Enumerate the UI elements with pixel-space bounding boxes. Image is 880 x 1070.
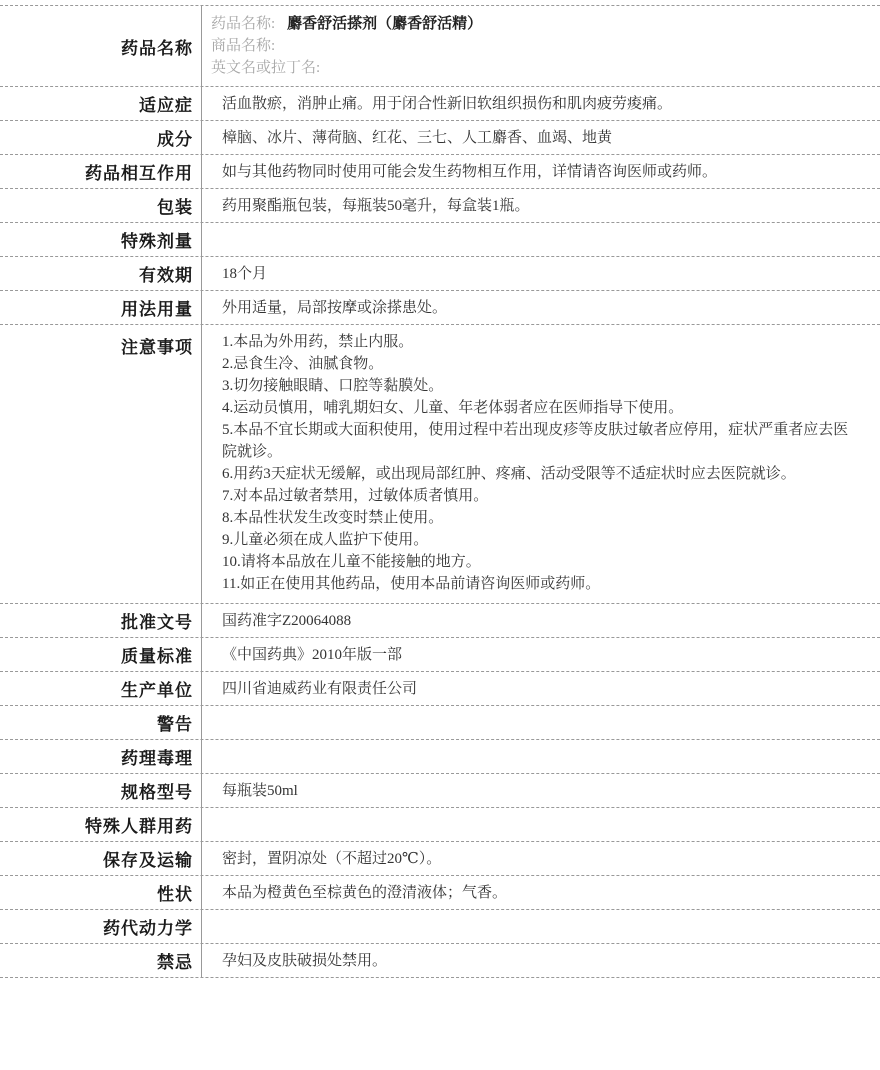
drug-name-line: 商品名称: — [211, 35, 858, 57]
row-content-ingredients: 樟脑、冰片、薄荷脑、红花、三七、人工麝香、血竭、地黄 — [202, 121, 880, 154]
table-row-quality-standard: 质量标准《中国药典》2010年版一部 — [0, 638, 880, 672]
row-content-pharmacology-toxicology — [202, 740, 880, 773]
precaution-item: 6.用药3天症状无缓解，或出现局部红肿、疼痛、活动受限等不适症状时应去医院就诊。 — [222, 463, 858, 485]
precaution-item: 3.切勿接触眼睛、口腔等黏膜处。 — [222, 375, 858, 397]
precaution-item: 4.运动员慎用，哺乳期妇女、儿童、年老体弱者应在医师指导下使用。 — [222, 397, 858, 419]
row-content-warning — [202, 706, 880, 739]
row-label-storage-transport: 保存及运输 — [0, 842, 202, 875]
row-label-special-dosage: 特殊剂量 — [0, 223, 202, 256]
table-row-properties: 性状本品为橙黄色至棕黄色的澄清液体；气香。 — [0, 876, 880, 910]
table-row-warning: 警告 — [0, 706, 880, 740]
row-label-special-populations: 特殊人群用药 — [0, 808, 202, 841]
table-row-specification: 规格型号每瓶装50ml — [0, 774, 880, 808]
table-row-pharmacokinetics: 药代动力学 — [0, 910, 880, 944]
precaution-item: 1.本品为外用药，禁止内服。 — [222, 331, 858, 353]
row-label-pharmacology-toxicology: 药理毒理 — [0, 740, 202, 773]
row-content-contraindications: 孕妇及皮肤破损处禁用。 — [202, 944, 880, 977]
row-text: 18个月 — [222, 263, 858, 285]
row-label-manufacturer: 生产单位 — [0, 672, 202, 705]
row-text: 如与其他药物同时使用可能会发生药物相互作用，详情请咨询医师或药师。 — [222, 161, 858, 183]
row-text: 樟脑、冰片、薄荷脑、红花、三七、人工麝香、血竭、地黄 — [222, 127, 858, 149]
row-content-drug-name: 药品名称:麝香舒活搽剂（麝香舒活精）商品名称:英文名或拉丁名: — [202, 6, 880, 86]
row-text: 外用适量，局部按摩或涂搽患处。 — [222, 297, 858, 319]
row-content-special-populations — [202, 808, 880, 841]
row-text: 四川省迪威药业有限责任公司 — [222, 678, 858, 700]
row-label-pharmacokinetics: 药代动力学 — [0, 910, 202, 943]
precaution-item: 2.忌食生冷、油腻食物。 — [222, 353, 858, 375]
precaution-item: 10.请将本品放在儿童不能接触的地方。 — [222, 551, 858, 573]
row-label-specification: 规格型号 — [0, 774, 202, 807]
drug-info-table: 药品名称药品名称:麝香舒活搽剂（麝香舒活精）商品名称:英文名或拉丁名:适应症活血… — [0, 5, 880, 978]
table-row-pharmacology-toxicology: 药理毒理 — [0, 740, 880, 774]
row-text: 活血散瘀，消肿止痛。用于闭合性新旧软组织损伤和肌肉疲劳痠痛。 — [222, 93, 858, 115]
row-text: 孕妇及皮肤破损处禁用。 — [222, 950, 858, 972]
row-label-packaging: 包装 — [0, 189, 202, 222]
row-label-drug-interactions: 药品相互作用 — [0, 155, 202, 188]
row-label-precautions: 注意事项 — [0, 325, 202, 603]
row-content-pharmacokinetics — [202, 910, 880, 943]
row-label-contraindications: 禁忌 — [0, 944, 202, 977]
table-row-ingredients: 成分樟脑、冰片、薄荷脑、红花、三七、人工麝香、血竭、地黄 — [0, 121, 880, 155]
row-label-shelf-life: 有效期 — [0, 257, 202, 290]
row-text: 《中国药典》2010年版一部 — [222, 644, 858, 666]
row-label-indications: 适应症 — [0, 87, 202, 120]
table-row-special-populations: 特殊人群用药 — [0, 808, 880, 842]
row-text: 药用聚酯瓶包装，每瓶装50毫升，每盒装1瓶。 — [222, 195, 858, 217]
row-content-quality-standard: 《中国药典》2010年版一部 — [202, 638, 880, 671]
precaution-item: 5.本品不宜长期或大面积使用，使用过程中若出现皮疹等皮肤过敏者应停用，症状严重者… — [222, 419, 858, 463]
row-content-approval-number: 国药准字Z20064088 — [202, 604, 880, 637]
row-content-special-dosage — [202, 223, 880, 256]
row-text: 每瓶装50ml — [222, 780, 858, 802]
row-label-quality-standard: 质量标准 — [0, 638, 202, 671]
precaution-item: 11.如正在使用其他药品，使用本品前请咨询医师或药师。 — [222, 573, 858, 595]
table-row-contraindications: 禁忌孕妇及皮肤破损处禁用。 — [0, 944, 880, 978]
precaution-item: 8.本品性状发生改变时禁止使用。 — [222, 507, 858, 529]
row-content-precautions: 1.本品为外用药，禁止内服。2.忌食生冷、油腻食物。3.切勿接触眼睛、口腔等黏膜… — [202, 325, 880, 603]
row-content-packaging: 药用聚酯瓶包装，每瓶装50毫升，每盒装1瓶。 — [202, 189, 880, 222]
row-content-specification: 每瓶装50ml — [202, 774, 880, 807]
field-value: 麝香舒活搽剂（麝香舒活精） — [287, 16, 482, 32]
table-row-drug-interactions: 药品相互作用如与其他药物同时使用可能会发生药物相互作用，详情请咨询医师或药师。 — [0, 155, 880, 189]
table-row-approval-number: 批准文号国药准字Z20064088 — [0, 604, 880, 638]
precaution-item: 7.对本品过敏者禁用，过敏体质者慎用。 — [222, 485, 858, 507]
table-row-shelf-life: 有效期18个月 — [0, 257, 880, 291]
table-row-special-dosage: 特殊剂量 — [0, 223, 880, 257]
row-label-dosage-usage: 用法用量 — [0, 291, 202, 324]
table-row-indications: 适应症活血散瘀，消肿止痛。用于闭合性新旧软组织损伤和肌肉疲劳痠痛。 — [0, 87, 880, 121]
row-label-properties: 性状 — [0, 876, 202, 909]
field-label: 英文名或拉丁名: — [211, 60, 320, 76]
row-label-ingredients: 成分 — [0, 121, 202, 154]
row-content-shelf-life: 18个月 — [202, 257, 880, 290]
row-text: 国药准字Z20064088 — [222, 610, 858, 632]
table-row-manufacturer: 生产单位四川省迪威药业有限责任公司 — [0, 672, 880, 706]
table-row-packaging: 包装药用聚酯瓶包装，每瓶装50毫升，每盒装1瓶。 — [0, 189, 880, 223]
row-content-dosage-usage: 外用适量，局部按摩或涂搽患处。 — [202, 291, 880, 324]
row-content-storage-transport: 密封，置阴凉处（不超过20℃）。 — [202, 842, 880, 875]
table-row-drug-name: 药品名称药品名称:麝香舒活搽剂（麝香舒活精）商品名称:英文名或拉丁名: — [0, 6, 880, 87]
drug-name-line: 英文名或拉丁名: — [211, 57, 858, 79]
row-content-manufacturer: 四川省迪威药业有限责任公司 — [202, 672, 880, 705]
row-text: 密封，置阴凉处（不超过20℃）。 — [222, 848, 858, 870]
row-content-indications: 活血散瘀，消肿止痛。用于闭合性新旧软组织损伤和肌肉疲劳痠痛。 — [202, 87, 880, 120]
row-label-warning: 警告 — [0, 706, 202, 739]
row-text: 本品为橙黄色至棕黄色的澄清液体；气香。 — [222, 882, 858, 904]
drug-name-line: 药品名称:麝香舒活搽剂（麝香舒活精） — [211, 13, 858, 35]
row-content-drug-interactions: 如与其他药物同时使用可能会发生药物相互作用，详情请咨询医师或药师。 — [202, 155, 880, 188]
row-content-properties: 本品为橙黄色至棕黄色的澄清液体；气香。 — [202, 876, 880, 909]
field-label: 药品名称: — [211, 16, 275, 32]
precaution-item: 9.儿童必须在成人监护下使用。 — [222, 529, 858, 551]
row-label-drug-name: 药品名称 — [0, 6, 202, 86]
table-row-storage-transport: 保存及运输密封，置阴凉处（不超过20℃）。 — [0, 842, 880, 876]
field-label: 商品名称: — [211, 38, 275, 54]
table-row-precautions: 注意事项1.本品为外用药，禁止内服。2.忌食生冷、油腻食物。3.切勿接触眼睛、口… — [0, 325, 880, 604]
row-label-approval-number: 批准文号 — [0, 604, 202, 637]
table-row-dosage-usage: 用法用量外用适量，局部按摩或涂搽患处。 — [0, 291, 880, 325]
